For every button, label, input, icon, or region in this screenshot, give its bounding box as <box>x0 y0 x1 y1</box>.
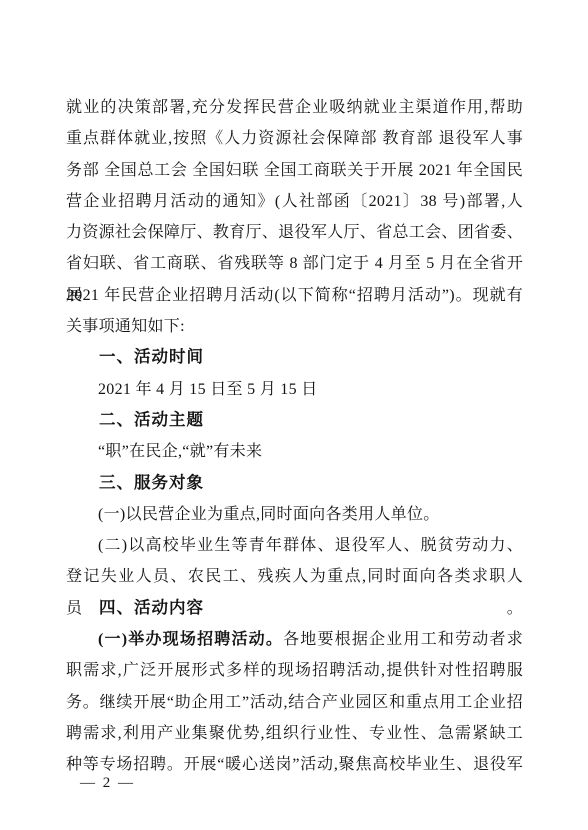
section-heading-activity-time: 一、活动时间 <box>66 342 523 373</box>
page-number: — 2 — <box>80 775 135 792</box>
service-target-item-2-line-1: (二)以高校毕业生等青年群体、退役军人、脱贫劳动力、 <box>66 530 523 561</box>
content-line: 聘需求,利用产业集聚优势,组织行业性、专业性、急需紧缺工 <box>66 718 523 749</box>
activity-time-range: 2021 年 4 月 15 日至 5 月 15 日 <box>66 374 523 405</box>
intro-line: 就业的决策部署,充分发挥民营企业吸纳就业主渠道作用,帮助 <box>66 92 523 123</box>
content-line: 务。继续开展“助企用工”活动,结合产业园区和重点用工企业招 <box>66 687 523 718</box>
activity-theme: “职”在民企,“就”有未来 <box>66 436 523 467</box>
section-heading-activity-theme: 二、活动主题 <box>66 405 523 436</box>
document-body: 就业的决策部署,充分发挥民营企业吸纳就业主渠道作用,帮助 重点群体就业,按照《人… <box>66 92 523 781</box>
section-heading-service-targets: 三、服务对象 <box>66 468 523 499</box>
service-target-item-2-line-2: 登记失业人员、农民工、残疾人为重点,同时面向各类求职人员。 <box>66 561 523 592</box>
intro-line: 务部 全国总工会 全国妇联 全国工商联关于开展 2021 年全国民 <box>66 155 523 186</box>
content-item-1-title: (一)举办现场招聘活动。 <box>98 631 283 648</box>
intro-line: 营企业招聘月活动的通知》(人社部函〔2021〕38 号)部署,人 <box>66 186 523 217</box>
intro-line: 2021 年民营企业招聘月活动(以下简称“招聘月活动”)。现就有 <box>66 280 523 311</box>
content-item-1-text: 各地要根据企业用工和劳动者求 <box>283 631 523 648</box>
intro-line: 关事项通知如下: <box>66 311 523 342</box>
document-page: 就业的决策部署,充分发挥民营企业吸纳就业主渠道作用,帮助 重点群体就业,按照《人… <box>0 0 588 830</box>
content-line: (一)举办现场招聘活动。各地要根据企业用工和劳动者求 <box>66 624 523 655</box>
intro-line: 力资源社会保障厅、教育厅、退役军人厅、省总工会、团省委、 <box>66 217 523 248</box>
service-target-item-1: (一)以民营企业为重点,同时面向各类用人单位。 <box>66 499 523 530</box>
intro-line: 省妇联、省工商联、省残联等 8 部门定于 4 月至 5 月在全省开展 <box>66 248 523 279</box>
content-line: 职需求,广泛开展形式多样的现场招聘活动,提供针对性招聘服 <box>66 655 523 686</box>
intro-line: 重点群体就业,按照《人力资源社会保障部 教育部 退役军人事 <box>66 123 523 154</box>
